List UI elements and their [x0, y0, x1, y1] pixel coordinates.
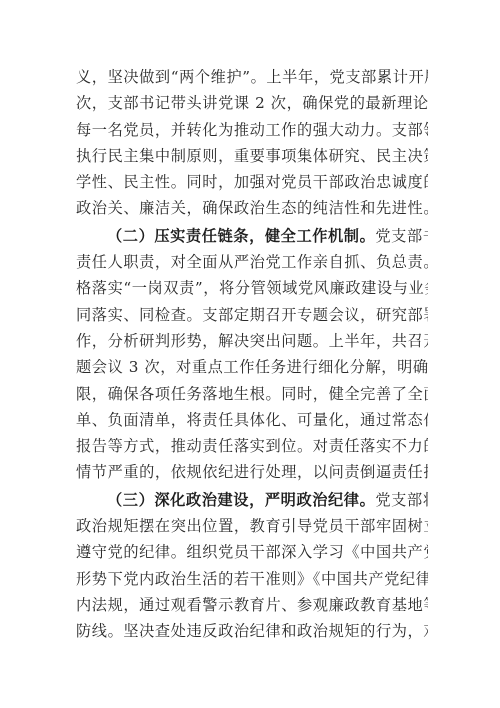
- section-heading: （三）深化政治建设，严明政治纪律。: [107, 491, 375, 509]
- text-line: 每一名党员，并转化为推动工作的强大动力。支部领导班子成员严格: [76, 117, 428, 143]
- text-line: 义，坚决做到“两个维护”。上半年，党支部累计开展集中学习研讨 12: [76, 64, 428, 90]
- heading-line-rest: 党支部将严明政治纪律和: [375, 491, 428, 509]
- heading-line-rest: 党支部书记切实履行第一: [375, 227, 428, 245]
- text-line: 学性、民主性。同时，加强对党员干部政治忠诚度的日常考察，严把: [76, 169, 428, 195]
- section-heading: （二）压实责任链条，健全工作机制。: [107, 227, 375, 245]
- text-line: 报告等方式，推动责任落实到位。对责任落实不力的，严肃批评教育，: [76, 433, 428, 459]
- text-line: 政治关、廉洁关，确保政治生态的纯洁性和先进性。: [76, 195, 428, 221]
- text-line: 作，分析研判形势，解决突出问题。上半年，共召开党风廉政建设专: [76, 328, 428, 354]
- text-line: 形势下党内政治生活的若干准则》《中国共产党纪律处分条例》等党: [76, 566, 428, 592]
- paragraph-political-discipline: （三）深化政治建设，严明政治纪律。党支部将严明政治纪律和 政治规矩摆在突出位置，…: [76, 487, 428, 645]
- paragraph-responsibility-chain: （二）压实责任链条，健全工作机制。党支部书记切实履行第一 责任人职责，对全面从严…: [76, 223, 428, 486]
- text-line: 次，支部书记带头讲党课 2 次，确保党的最新理论成果及时传达到: [76, 90, 428, 116]
- text-line: 责任人职责，对全面从严治党工作亲自抓、负总责。班子其他成员严: [76, 249, 428, 275]
- text-line: 执行民主集中制原则，重要事项集体研究、民主决策，确保决策的科: [76, 143, 428, 169]
- heading-line: （三）深化政治建设，严明政治纪律。党支部将严明政治纪律和: [76, 487, 428, 513]
- text-line: 限，确保各项任务落地生根。同时，健全完善了全面从严治党责任清: [76, 381, 428, 407]
- text-line: 格落实“一岗双责”，将分管领域党风廉政建设与业务工作同部署、: [76, 275, 428, 301]
- text-line: 遵守党的纪律。组织党员干部深入学习《中国共产党章程》《关于新: [76, 539, 428, 565]
- text-line: 单、负面清单，将责任具体化、可量化，通过常态化督促检查、定期: [76, 407, 428, 433]
- text-line: 题会议 3 次，对重点工作任务进行细化分解，明确责任分工和完成时: [76, 354, 428, 380]
- document-page: 义，坚决做到“两个维护”。上半年，党支部累计开展集中学习研讨 12 次，支部书记…: [76, 64, 428, 645]
- heading-line: （二）压实责任链条，健全工作机制。党支部书记切实履行第一: [76, 223, 428, 249]
- text-line: 同落实、同检查。支部定期召开专题会议，研究部署全面从严治党工: [76, 302, 428, 328]
- text-line: 防线。坚决查处违反政治纪律和政治规矩的行为，对妄议中央大政方: [76, 618, 428, 644]
- text-line: 政治规矩摆在突出位置，教育引导党员干部牢固树立党章意识，自觉: [76, 513, 428, 539]
- paragraph-continuation: 义，坚决做到“两个维护”。上半年，党支部累计开展集中学习研讨 12 次，支部书记…: [76, 64, 428, 222]
- text-line: 内法规，通过观看警示教育片、参观廉政教育基地等形式，筑牢思想: [76, 592, 428, 618]
- text-line: 情节严重的，依规依纪进行处理，以问责倒逼责任担当。: [76, 459, 428, 485]
